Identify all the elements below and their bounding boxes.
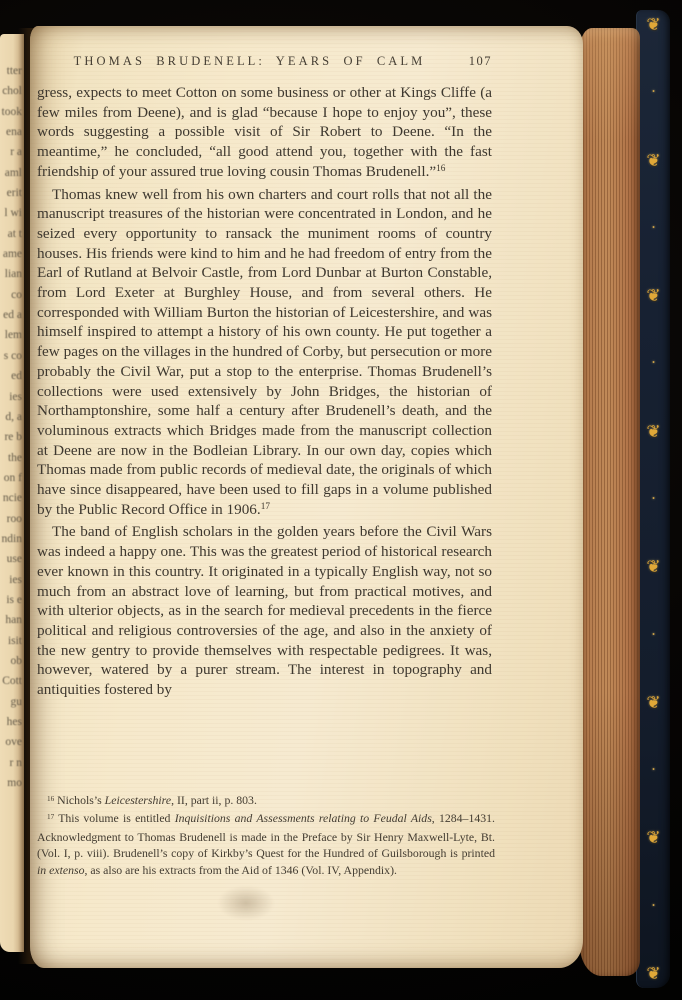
footnote: 16 Nichols’s Leicestershire, II, part ii… (37, 792, 495, 810)
paragraph-continuation: gress, expects to meet Cotton on some bu… (37, 83, 492, 185)
footnote-marker: 17 (47, 813, 54, 821)
running-header: THOMAS BRUDENELL: YEARS OF CALM 107 (37, 54, 492, 72)
footnote-title-italic: Leicestershire (105, 793, 171, 807)
running-title: THOMAS BRUDENELL: YEARS OF CALM (37, 54, 462, 69)
footnotes-section: 16 Nichols’s Leicestershire, II, part ii… (37, 792, 495, 878)
footnote-ref-16: 16 (436, 164, 445, 174)
paragraph-text: Thomas knew well from his own charters a… (37, 186, 492, 518)
body-text: gress, expects to meet Cotton on some bu… (37, 83, 492, 700)
footnote-text: This volume is entitled (54, 811, 175, 825)
gold-flourish-icon: ❦ (646, 423, 660, 440)
gold-flourish-icon: ❦ (646, 694, 660, 711)
gold-dot-icon: • (652, 495, 655, 503)
gold-dot-icon: • (652, 902, 655, 910)
footnote: 17 This volume is entitled Inquisitions … (37, 810, 495, 878)
footnote-text: Nichols’s (54, 793, 104, 807)
gold-flourish-icon: ❦ (646, 16, 660, 33)
gold-dot-icon: • (652, 766, 655, 774)
paragraph-text: gress, expects to meet Cotton on some bu… (37, 84, 492, 180)
page-number: 107 (469, 54, 492, 69)
footnote-marker: 16 (47, 795, 54, 803)
gold-dot-icon: • (652, 88, 655, 96)
gilt-binding-edge: ❦ • ❦ • ❦ • ❦ • ❦ • ❦ • ❦ • ❦ (636, 10, 670, 988)
paper-smudge (218, 886, 274, 920)
book-page: THOMAS BRUDENELL: YEARS OF CALM 107 gres… (30, 26, 583, 968)
gold-flourish-icon: ❦ (646, 558, 660, 575)
photo-backdrop: tter chol took ena r a aml erit l wi at … (0, 0, 682, 1000)
footnote-text: , as also are his extracts from the Aid … (85, 863, 397, 877)
footnote-text: , II, part ii, p. 803. (171, 793, 257, 807)
footnote-ref-17: 17 (261, 502, 270, 512)
gold-dot-icon: • (652, 631, 655, 639)
gold-tooling-column: ❦ • ❦ • ❦ • ❦ • ❦ • ❦ • ❦ • ❦ (639, 16, 668, 982)
gold-dot-icon: • (652, 224, 655, 232)
gold-flourish-icon: ❦ (646, 829, 660, 846)
gold-flourish-icon: ❦ (646, 965, 660, 982)
footnote-title-italic: Inquisitions and Assessments relating to… (175, 811, 432, 825)
footnote-italic: in extenso (37, 863, 85, 877)
gold-dot-icon: • (652, 359, 655, 367)
printed-text-block: THOMAS BRUDENELL: YEARS OF CALM 107 gres… (37, 54, 492, 700)
paragraph: Thomas knew well from his own charters a… (37, 185, 492, 523)
gold-flourish-icon: ❦ (646, 152, 660, 169)
gold-flourish-icon: ❦ (646, 287, 660, 304)
paragraph-text: The band of English scholars in the gold… (37, 523, 492, 698)
paragraph: The band of English scholars in the gold… (37, 522, 492, 699)
page-block-fore-edge (580, 28, 640, 976)
